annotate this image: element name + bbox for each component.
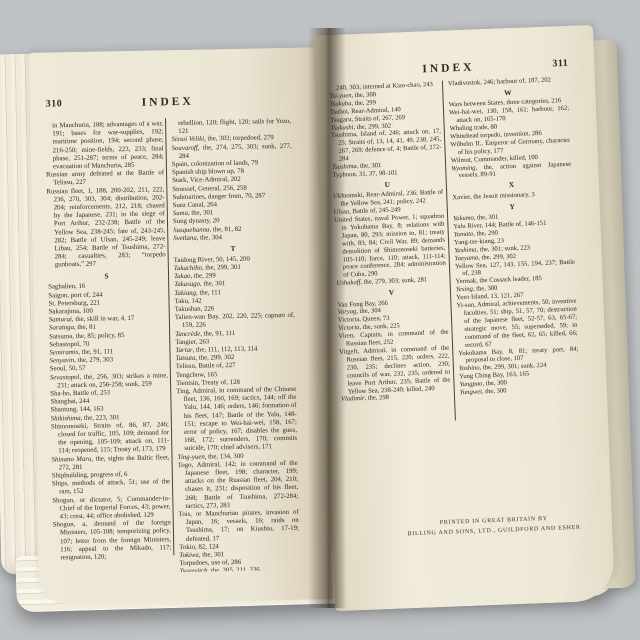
index-entry: United States, naval Power, 1; squadron …	[334, 213, 446, 280]
index-entry: Tois, or Manchurian pirates, invasion of…	[179, 509, 300, 544]
index-entry: Svetlana, the, 304	[173, 233, 293, 244]
section-heading: T	[173, 244, 293, 255]
index-column-2: rebellion, 120; flight, 120; sails for Y…	[171, 118, 300, 572]
page-number-right: 311	[552, 58, 568, 70]
section-heading: S	[48, 271, 166, 281]
book-photo: 310 INDEX in Manchuria, 188; advantages …	[0, 0, 640, 640]
index-entry: Shogun, or dictator, 5; Commander-in-Chi…	[52, 495, 170, 522]
right-page-311: INDEX 311 240, 303; interned at Kiao-cha…	[313, 25, 615, 611]
index-entry: Shimonoseki, Straits of, 86, 87, 246; cl…	[51, 421, 170, 456]
index-entry: Vitgeft, Admiral, in command of the Russ…	[339, 345, 451, 397]
index-entry: Yi-sun, Admiral, achievements, 50; inven…	[456, 298, 578, 350]
index-title-right: INDEX	[328, 58, 568, 79]
index-entry: Shogun, a, demand of the foreign Ministe…	[53, 519, 172, 562]
index-entry: Tsushima, Island of, 246; attack on, 17,…	[331, 128, 442, 164]
left-page-310: 310 INDEX in Manchuria, 188; advantages …	[29, 47, 334, 605]
index-entry: in Manchuria, 188; advantages of a war, …	[45, 120, 164, 171]
index-column-3: 240, 303; interned at Kiao-chao, 243Tsi-…	[329, 81, 453, 447]
left-page-header: 310 INDEX	[30, 93, 324, 115]
index-entry: Wyoming, the, action against Japanese ve…	[451, 160, 572, 180]
index-entry: Ting, Admiral, in command of the Chinese…	[176, 386, 297, 454]
index-column-4: Vladivostok, 246; harbour of, 187, 202WW…	[448, 76, 582, 442]
index-title-left: INDEX	[44, 94, 292, 111]
index-entry: Russian fleet, 1, 188, 200-202, 211, 222…	[46, 186, 166, 270]
index-entry: Togo, Admiral, 142; in command of the Ja…	[178, 460, 299, 512]
index-entry: Sevastopol, the, 256, 303; strikes a min…	[50, 372, 168, 391]
index-column-1: in Manchuria, 188; advantages of a war, …	[45, 120, 172, 574]
printer-imprint: PRINTED IN GREAT BRITAIN BY BILLING AND …	[388, 512, 601, 540]
